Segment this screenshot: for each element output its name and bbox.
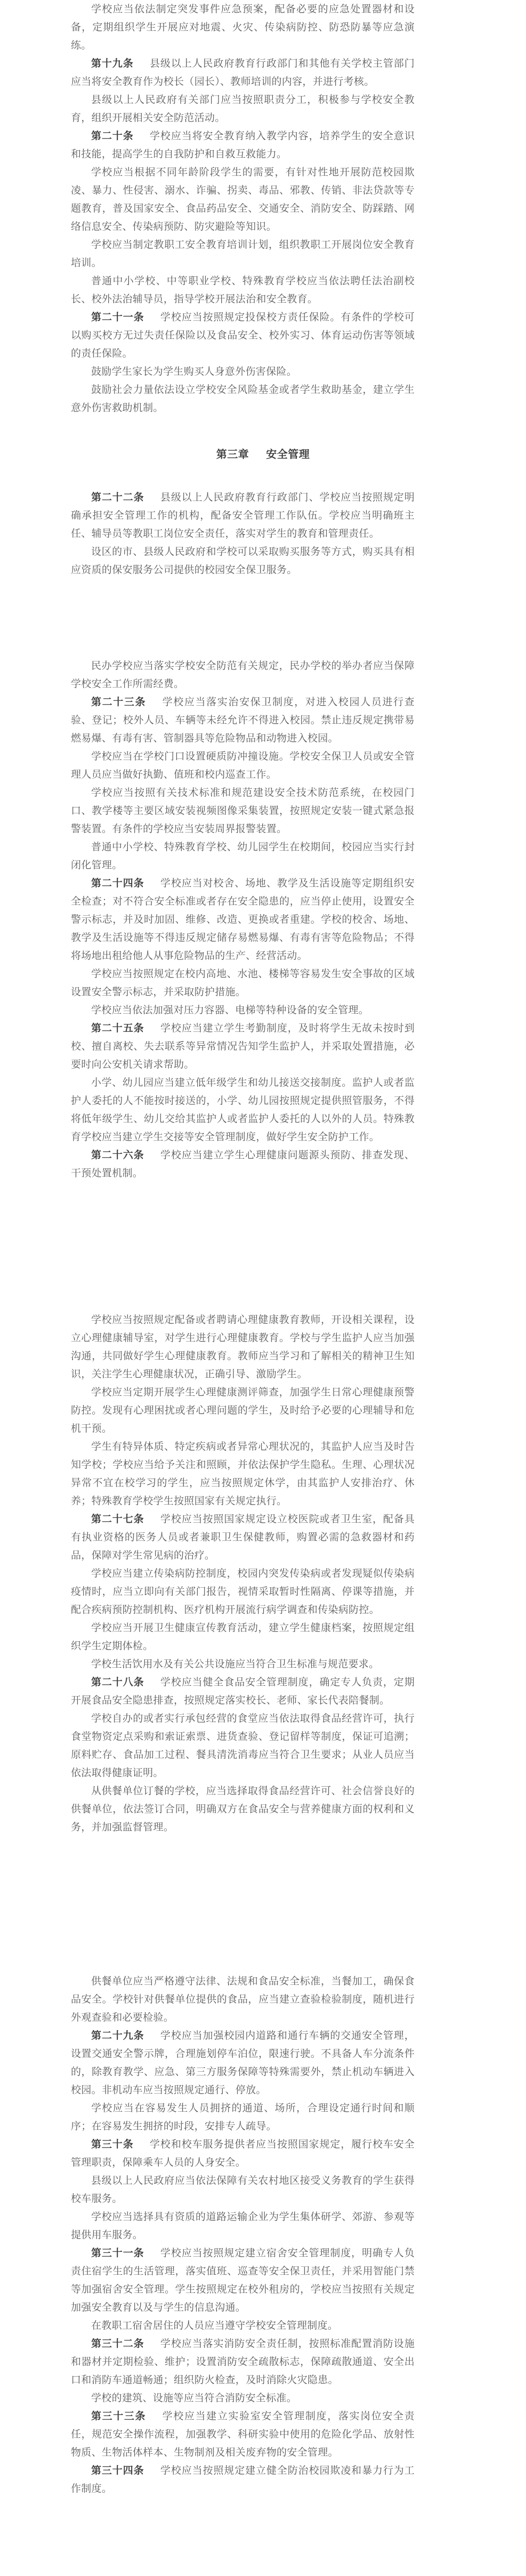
paragraph: 学校的建筑、设施等应当符合消防安全标准。	[71, 2389, 415, 2407]
article-paragraph: 第二十八条学校应当健全食品安全管理制度，确定专人负责，定期开展食品安全隐患排查，…	[71, 1673, 415, 1709]
paragraph-text: 普通中小学校、特殊教育学校、幼儿园学生在校期间，校园应当实行封闭化管理。	[71, 841, 415, 871]
chapter-number: 第三章	[216, 448, 249, 461]
paragraph: 学校自办的或者实行承包经营的食堂应当依法取得食品经营许可，执行食堂物资定点采购和…	[71, 1709, 415, 1782]
paragraph: 县级以上人民政府有关部门应当按照职责分工，积极参与学校安全教育，组织开展相关安全…	[71, 91, 415, 127]
article-number: 第三十二条	[91, 2338, 144, 2349]
paragraph: 学校应当依法制定突发事件应急预案，配备必要的应急处置器材和设备，定期组织学生开展…	[71, 0, 415, 54]
paragraph: 小学、幼儿园应当建立低年级学生和幼儿接送交接制度。监护人或者监护人委托的人不能按…	[71, 1073, 415, 1146]
paragraph: 县级以上人民政府应当依法保障有关农村地区接受义务教育的学生获得校车服务。	[71, 2171, 415, 2208]
article-paragraph: 第二十三条学校应当落实治安保卫制度，对进入校园人员进行查验、登记；校外人员、车辆…	[71, 693, 415, 747]
paragraph: 普通中小学校、特殊教育学校、幼儿园学生在校期间，校园应当实行封闭化管理。	[71, 838, 415, 874]
paragraph: 鼓励学生家长为学生购买人身意外伤害保险。	[71, 362, 415, 381]
page-block-3: 学校应当按照规定配备或者聘请心理健康教育教师，开设相关课程，设立心理健康辅导室，…	[71, 1311, 415, 1836]
paragraph-text: 学校应当建立传染病防控制度，校园内突发传染病或者发现疑似传染病疫情时，应当立即向…	[71, 1568, 415, 1616]
paragraph: 学校应当在学校门口设置硬质防冲撞设施。学校安全保卫人员或安全管理人员应当做好执勤…	[71, 747, 415, 784]
paragraph-text: 学校应当定期开展学生心理健康测评筛查，加强学生日常心理健康预警防控。发现有心理困…	[71, 1386, 415, 1434]
page-block-1b: 第二十二条县级以上人民政府教育行政部门、学校应当按照规定明确承担安全管理工作的机…	[71, 488, 415, 579]
page-block-4: 供餐单位应当严格遵守法律、法规和食品安全标准，当餐加工，确保食品安全。学校针对供…	[71, 1972, 415, 2498]
article-paragraph: 第二十五条学校应当建立学生考勤制度，及时将学生无故未按时到校、擅自离校、失去联系…	[71, 1019, 415, 1073]
paragraph: 学校应当依法加强对压力容器、电梯等特种设备的安全管理。	[71, 1001, 415, 1019]
paragraph: 在教职工宿舍居住的人员应当遵守学校安全管理制度。	[71, 2316, 415, 2335]
paragraph-text: 鼓励学生家长为学生购买人身意外伤害保险。	[91, 366, 297, 377]
article-number: 第二十条	[91, 130, 134, 142]
paragraph-text: 学校应当依法加强对压力容器、电梯等特种设备的安全管理。	[91, 1004, 369, 1016]
paragraph: 供餐单位应当严格遵守法律、法规和食品安全标准，当餐加工，确保食品安全。学校针对供…	[71, 1972, 415, 2026]
article-paragraph: 第三十二条学校应当落实消防安全责任制，按照标准配置消防设施和器材并定期检验、维护…	[71, 2335, 415, 2389]
article-number: 第二十九条	[91, 2030, 144, 2041]
paragraph-text: 在教职工宿舍居住的人员应当遵守学校安全管理制度。	[91, 2320, 338, 2331]
paragraph-text: 学校自办的或者实行承包经营的食堂应当依法取得食品经营许可，执行食堂物资定点采购和…	[71, 1713, 415, 1779]
article-paragraph: 第二十七条学校应当按照国家规定设立校医院或者卫生室，配备具有执业资格的医务人员或…	[71, 1510, 415, 1564]
paragraph-text: 从供餐单位订餐的学校，应当选择取得食品经营许可、社会信誉良好的供餐单位，依法签订…	[71, 1785, 415, 1833]
article-paragraph: 第三十条学校和校车服务提供者应当按照国家规定，履行校车安全管理职责，保障乘车人员…	[71, 2135, 415, 2171]
article-paragraph: 第二十四条学校应当对校舍、场地、教学及生活设施等定期组织安全检查；对不符合安全标…	[71, 874, 415, 965]
paragraph-text: 学校应当根据不同年龄阶段学生的需要，有针对性地开展防范校园欺凌、暴力、性侵害、溺…	[71, 166, 415, 232]
paragraph-text: 学校生活饮用水及有关公共设施应当符合卫生标准与规范要求。	[91, 1658, 379, 1670]
article-number: 第二十六条	[91, 1149, 144, 1161]
paragraph-text: 学生有特异体质、特定疾病或者异常心理状况的，其监护人应当及时告知学校；学校应当给…	[71, 1441, 415, 1507]
article-paragraph: 第二十六条学校应当建立学生心理健康问题源头预防、排查发现、干预处置机制。	[71, 1146, 415, 1182]
paragraph-text: 设区的市、县级人民政府和学校可以采取购买服务等方式，购买具有相应资质的保安服务公…	[71, 546, 415, 576]
paragraph-text: 学校应当制定教职工安全教育培训计划，组织教职工开展岗位安全教育培训。	[71, 239, 415, 269]
article-number: 第二十三条	[91, 696, 146, 708]
article-number: 第二十一条	[91, 311, 144, 323]
article-number: 第二十七条	[91, 1513, 144, 1525]
article-number: 第二十二条	[91, 491, 144, 503]
paragraph: 学校应当选择具有资质的道路运输企业为学生集体研学、郊游、参观等提供用车服务。	[71, 2208, 415, 2244]
paragraph-text: 学校应当按照规定在校内高地、水池、楼梯等容易发生安全事故的区域设置安全警示标志，…	[71, 968, 415, 998]
article-paragraph: 第十九条县级以上人民政府教育行政部门和其他有关学校主管部门应当将安全教育作为校长…	[71, 54, 415, 91]
paragraph: 学校应当制定教职工安全教育培训计划，组织教职工开展岗位安全教育培训。	[71, 236, 415, 272]
paragraph-text: 学校应当按照有关技术标准和规范建设安全技术防范系统，在校园门口、教学楼等主要区域…	[71, 787, 415, 835]
paragraph-text: 普通中小学校、中等职业学校、特殊教育学校应当依法聘任法治副校长、校外法治辅导员，…	[71, 275, 415, 305]
article-paragraph: 第三十四条学校应当按照规定建立健全防治校园欺凌和暴力行为工作制度。	[71, 2461, 415, 2498]
article-paragraph: 第二十条学校应当将安全教育纳入教学内容，培养学生的安全意识和技能，提高学生的自我…	[71, 127, 415, 163]
paragraph: 设区的市、县级人民政府和学校可以采取购买服务等方式，购买具有相应资质的保安服务公…	[71, 543, 415, 579]
paragraph: 学校应当按照规定在校内高地、水池、楼梯等容易发生安全事故的区域设置安全警示标志，…	[71, 965, 415, 1001]
article-number: 第三十一条	[91, 2247, 144, 2259]
page-block-2: 民办学校应当落实学校安全防范有关规定，民办学校的举办者应当保障学校安全工作所需经…	[71, 657, 415, 1182]
paragraph: 学校应当建立传染病防控制度，校园内突发传染病或者发现疑似传染病疫情时，应当立即向…	[71, 1564, 415, 1619]
article-number: 第二十八条	[91, 1676, 144, 1688]
paragraph: 学校应当根据不同年龄阶段学生的需要，有针对性地开展防范校园欺凌、暴力、性侵害、溺…	[71, 163, 415, 236]
paragraph: 民办学校应当落实学校安全防范有关规定，民办学校的举办者应当保障学校安全工作所需经…	[71, 657, 415, 693]
page-block-1: 学校应当依法制定突发事件应急预案，配备必要的应急处置器材和设备，定期组织学生开展…	[71, 0, 415, 417]
article-paragraph: 第二十一条学校应当按照规定投保校方责任保险。有条件的学校可以购买校方无过失责任保…	[71, 308, 415, 362]
paragraph: 学校应当定期开展学生心理健康测评筛查，加强学生日常心理健康预警防控。发现有心理困…	[71, 1383, 415, 1438]
article-number: 第十九条	[91, 58, 134, 69]
paragraph: 学校应当开展卫生健康宣传教育活动，建立学生健康档案，按照规定组织学生定期体检。	[71, 1619, 415, 1655]
article-number: 第二十四条	[91, 877, 144, 889]
paragraph-text: 县级以上人民政府有关部门应当按照职责分工，积极参与学校安全教育，组织开展相关安全…	[71, 94, 415, 124]
paragraph: 学校应当按照有关技术标准和规范建设安全技术防范系统，在校园门口、教学楼等主要区域…	[71, 784, 415, 838]
article-number: 第三十三条	[91, 2410, 146, 2422]
article-paragraph: 第二十九条学校应当加强校园内道路和通行车辆的交通安全管理，设置交通安全警示牌，合…	[71, 2026, 415, 2099]
article-number: 第三十条	[91, 2138, 134, 2150]
paragraph-text: 小学、幼儿园应当建立低年级学生和幼儿接送交接制度。监护人或者监护人委托的人不能按…	[71, 1077, 415, 1143]
paragraph-text: 学校应当按照规定配备或者聘请心理健康教育教师，开设相关课程，设立心理健康辅导室，…	[71, 1314, 415, 1380]
paragraph: 鼓励社会力量依法设立学校安全风险基金或者学生救助基金，建立学生意外伤害救助机制。	[71, 381, 415, 417]
paragraph: 从供餐单位订餐的学校，应当选择取得食品经营许可、社会信誉良好的供餐单位，依法签订…	[71, 1782, 415, 1836]
paragraph: 普通中小学校、中等职业学校、特殊教育学校应当依法聘任法治副校长、校外法治辅导员，…	[71, 272, 415, 308]
paragraph-text: 学校应当依法制定突发事件应急预案，配备必要的应急处置器材和设备，定期组织学生开展…	[71, 3, 415, 51]
paragraph: 学校生活饮用水及有关公共设施应当符合卫生标准与规范要求。	[71, 1655, 415, 1673]
paragraph-text: 学校的建筑、设施等应当符合消防安全标准。	[91, 2392, 297, 2404]
article-number: 第三十四条	[91, 2465, 144, 2476]
paragraph-text: 民办学校应当落实学校安全防范有关规定，民办学校的举办者应当保障学校安全工作所需经…	[71, 660, 415, 690]
paragraph-text: 学校应当在学校门口设置硬质防冲撞设施。学校安全保卫人员或安全管理人员应当做好执勤…	[71, 750, 415, 780]
paragraph-text: 学校应当选择具有资质的道路运输企业为学生集体研学、郊游、参观等提供用车服务。	[71, 2211, 415, 2241]
chapter-heading: 第三章安全管理	[0, 446, 526, 461]
paragraph: 学校应当按照规定配备或者聘请心理健康教育教师，开设相关课程，设立心理健康辅导室，…	[71, 1311, 415, 1383]
article-number: 第二十五条	[91, 1022, 144, 1034]
article-paragraph: 第三十三条学校应当建立实验室安全管理制度，落实岗位安全责任，规范安全操作流程，加…	[71, 2407, 415, 2461]
article-paragraph: 第三十一条学校应当按照规定建立宿舍安全管理制度，明确专人负责住宿学生的生活管理，…	[71, 2244, 415, 2316]
paragraph: 学校应当在容易发生人员拥挤的通道、场所，合理设定通行时间和顺序；在容易发生拥挤的…	[71, 2099, 415, 2135]
paragraph-text: 供餐单位应当严格遵守法律、法规和食品安全标准，当餐加工，确保食品安全。学校针对供…	[71, 1975, 415, 2023]
paragraph-text: 学校应当在容易发生人员拥挤的通道、场所，合理设定通行时间和顺序；在容易发生拥挤的…	[71, 2102, 415, 2132]
paragraph-text: 学校应当开展卫生健康宣传教育活动，建立学生健康档案，按照规定组织学生定期体检。	[71, 1622, 415, 1652]
paragraph-text: 鼓励社会力量依法设立学校安全风险基金或者学生救助基金，建立学生意外伤害救助机制。	[71, 384, 415, 414]
paragraph: 学生有特异体质、特定疾病或者异常心理状况的，其监护人应当及时告知学校；学校应当给…	[71, 1438, 415, 1510]
paragraph-text: 学校应当对校舍、场地、教学及生活设施等定期组织安全检查；对不符合安全标准或者存在…	[71, 877, 415, 962]
paragraph-text: 县级以上人民政府应当依法保障有关农村地区接受义务教育的学生获得校车服务。	[71, 2175, 415, 2204]
article-paragraph: 第二十二条县级以上人民政府教育行政部门、学校应当按照规定明确承担安全管理工作的机…	[71, 488, 415, 543]
chapter-title: 安全管理	[266, 448, 310, 461]
